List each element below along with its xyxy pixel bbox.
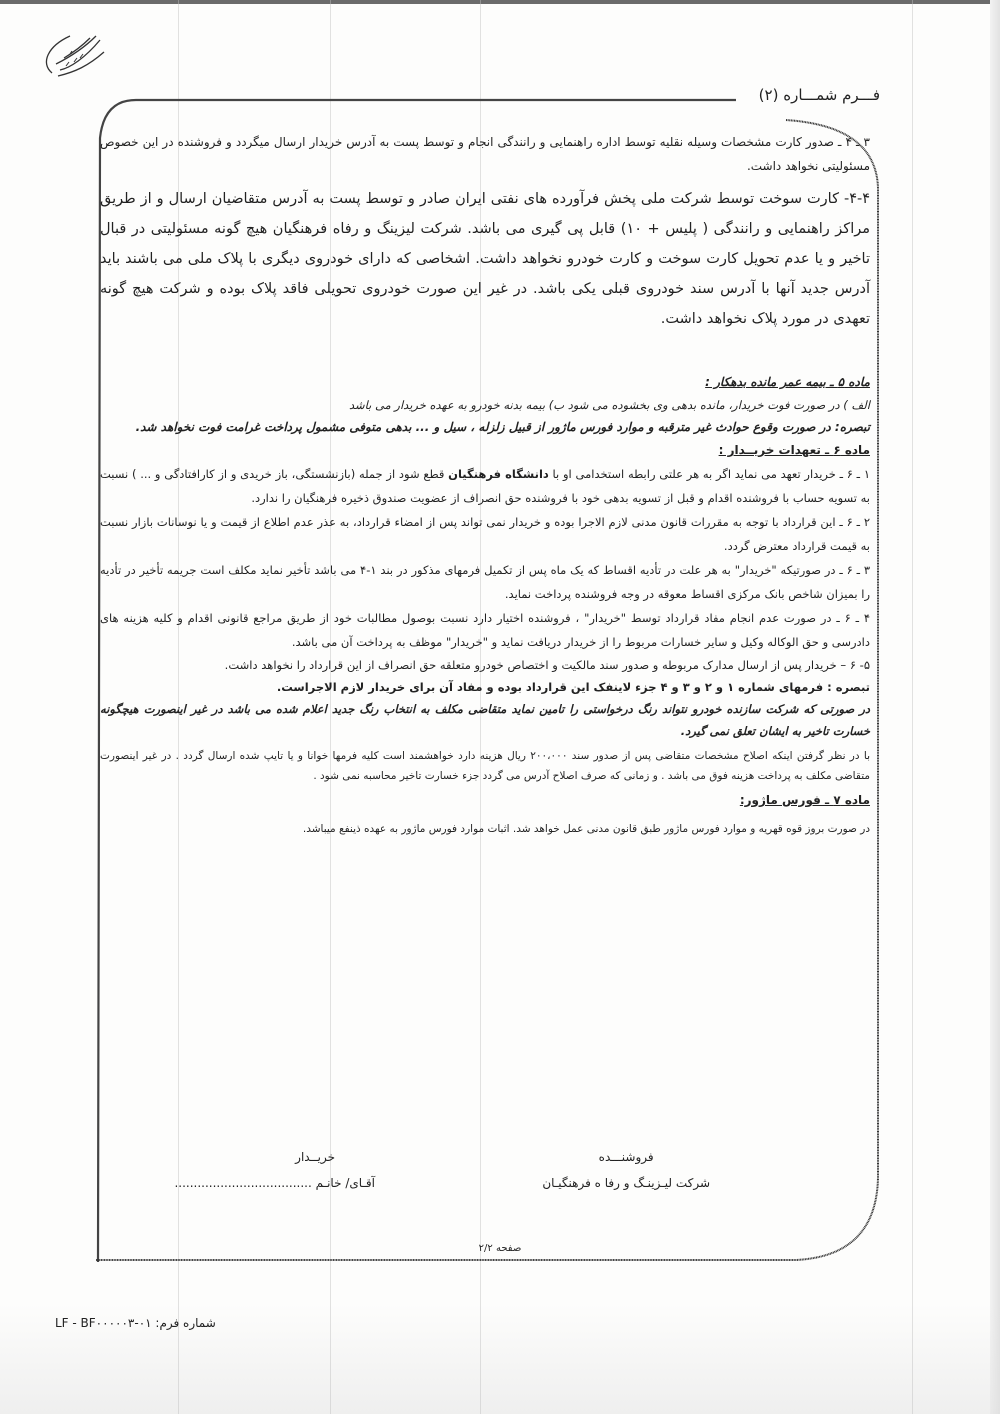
correction-note: با در نظر گرفتن اینکه اصلاح مشخصات متقاض…: [100, 746, 870, 786]
clause-4-4: ۴-۴- کارت سوخت توسط شرکت ملی پخش فرآورده…: [100, 184, 870, 334]
scan-edge-right: [990, 0, 1000, 1414]
article-7-text: در صورت بروز قوه قهریه و موارد فورس ماژو…: [100, 818, 870, 840]
article-6-clause-3: ۳ ـ ۶ ـ در صورتیکه "خریدار" به هر علت در…: [100, 558, 870, 606]
buyer-name-field[interactable]: آقـای/ خانـم ...........................…: [125, 1176, 375, 1190]
form-number: شماره فرم: ۰۱-LF - BF۰۰۰۰۰۳: [55, 1316, 216, 1330]
clause-6-1-text: ۱ ـ ۶ ـ خریدار تعهد می نماید اگر به هر ع…: [549, 467, 870, 481]
article-6-clause-1: ۱ ـ ۶ ـ خریدار تعهد می نماید اگر به هر ع…: [100, 462, 870, 510]
calligraphy-logo-icon: [30, 28, 120, 88]
seller-label: فروشنـــده: [542, 1150, 710, 1164]
seller-signature-block: فروشنـــده شرکت لیـزینـگ و رفا ه فرهنگیـ…: [542, 1150, 710, 1190]
article-6-heading: ماده ۶ ـ تعهدات خریــدار :: [100, 438, 870, 462]
article-5-note: تبصره: در صورت وقوع حوادث غیر مترقبه و م…: [100, 416, 870, 438]
university-name: دانشگاه فرهنگیان: [448, 467, 549, 481]
scan-edge-top: [0, 0, 1000, 4]
seller-company-name: شرکت لیـزینـگ و رفا ه فرهنگیـان: [542, 1176, 710, 1190]
article-5-heading: ماده ۵ ـ بیمه عمر مانده بدهکار :: [100, 370, 870, 394]
article-5-clause-a: الف ) در صورت فوت خریدار، مانده بدهی وی …: [100, 394, 870, 416]
article-6-clause-5: ۵- ۶ – خریدار پس از ارسال مدارک مربوطه و…: [100, 654, 870, 676]
article-6-note: تبصره : فرمهای شماره ۱ و ۲ و ۳ و ۴ جزء ل…: [100, 676, 870, 698]
color-note: در صورتی که شرکت سازنده خودرو نتواند رنگ…: [100, 698, 870, 742]
article-7-heading: ماده ۷ ـ فورس ماژور:: [100, 788, 870, 812]
document-body: ۳ ـ ۴ ـ صدور کارت مشخصات وسیله نقلیه توس…: [100, 130, 870, 840]
article-6-clause-2: ۲ ـ ۶ ـ این قرارداد با توجه به مقررات قا…: [100, 510, 870, 558]
clause-4-3: ۳ ـ ۴ ـ صدور کارت مشخصات وسیله نقلیه توس…: [100, 130, 870, 178]
scan-artifact-line: [912, 0, 913, 1414]
buyer-label: خریــدار: [125, 1150, 375, 1164]
page-number: صفحه ۲/۲: [0, 1243, 1000, 1254]
buyer-signature-block: خریــدار آقـای/ خانـم ..................…: [125, 1150, 375, 1190]
article-6-clause-4: ۴ ـ ۶ ـ در صورت عدم انجام مفاد قرارداد ت…: [100, 606, 870, 654]
